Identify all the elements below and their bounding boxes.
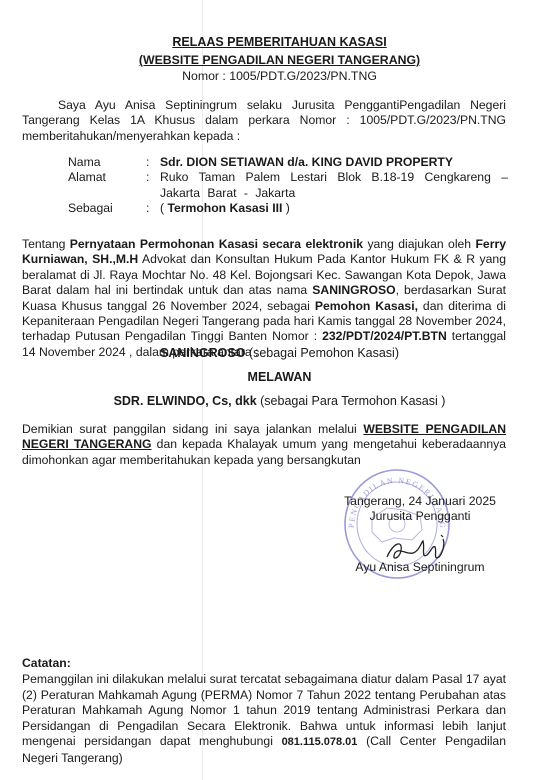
document-title: RELAAS PEMBERITAHUAN KASASI: [0, 35, 559, 49]
party-name: SDR. ELWINDO, Cs, dkk: [114, 394, 257, 408]
field-label: Sebagai: [68, 201, 146, 216]
place-date: Tangerang, 24 Januari 2025: [320, 494, 520, 509]
handwritten-signature-icon: [383, 533, 453, 565]
paren-close: ): [282, 201, 289, 215]
field-value: ( Termohon Kasasi III ): [160, 201, 508, 216]
call-center-phone: 081.115.078.01: [282, 736, 358, 748]
document-page: RELAAS PEMBERITAHUAN KASASI (WEBSITE PEN…: [0, 0, 559, 780]
decision-number: 232/PDT/2024/PT.BTN: [322, 329, 447, 343]
closing-paragraph: Demikian surat panggilan sidang ini saya…: [22, 422, 506, 468]
versus-label: MELAWAN: [0, 370, 559, 384]
client-name: SANINGROSO: [312, 283, 395, 297]
notes-paragraph: Pemanggilan ini dilakukan melalui surat …: [22, 672, 506, 766]
field-colon: :: [146, 155, 160, 170]
text: Demikian surat panggilan sidang ini saya…: [22, 422, 363, 436]
role-text: Termohon Kasasi III: [167, 201, 282, 215]
recipient-fields: Nama : Sdr. DION SETIAWAN d/a. KING DAVI…: [68, 155, 508, 217]
field-colon: :: [146, 170, 160, 201]
field-label: Alamat: [68, 170, 146, 201]
notes-heading: Catatan:: [22, 656, 71, 670]
field-value: Ruko Taman Palem Lestari Blok B.18-19 Ce…: [160, 170, 508, 201]
tentang-paragraph: Tentang Pernyataan Permohonan Kasasi sec…: [22, 237, 506, 360]
party-termohon: SDR. ELWINDO, Cs, dkk (sebagai Para Term…: [0, 394, 559, 408]
document-subtitle: (WEBSITE PENGADILAN NEGERI TANGERANG): [0, 53, 559, 67]
text: yang diajukan oleh: [363, 237, 475, 251]
bold-text: Pernyataan Permohonan Kasasi secara elek…: [70, 237, 363, 251]
party-pemohon: SANINGROSO (sebagai Pemohon Kasasi): [0, 346, 559, 360]
case-number: Nomor : 1005/PDT.G/2023/PN.TNG: [0, 69, 559, 83]
party-role: (sebagai Pemohon Kasasi): [245, 346, 399, 360]
bold-text: Pemohon Kasasi,: [315, 299, 418, 313]
field-value: Sdr. DION SETIAWAN d/a. KING DAVID PROPE…: [160, 155, 508, 170]
field-sebagai: Sebagai : ( Termohon Kasasi III ): [68, 201, 508, 216]
field-alamat: Alamat : Ruko Taman Palem Lestari Blok B…: [68, 170, 508, 201]
field-label: Nama: [68, 155, 146, 170]
party-name: SANINGROSO: [160, 346, 245, 360]
field-nama: Nama : Sdr. DION SETIAWAN d/a. KING DAVI…: [68, 155, 508, 170]
field-colon: :: [146, 201, 160, 216]
intro-paragraph: Saya Ayu Anisa Septiningrum selaku Jurus…: [22, 98, 506, 144]
signer-position: Jurusita Pengganti: [320, 509, 520, 524]
text: Tentang: [22, 237, 70, 251]
party-role: (sebagai Para Termohon Kasasi ): [257, 394, 446, 408]
